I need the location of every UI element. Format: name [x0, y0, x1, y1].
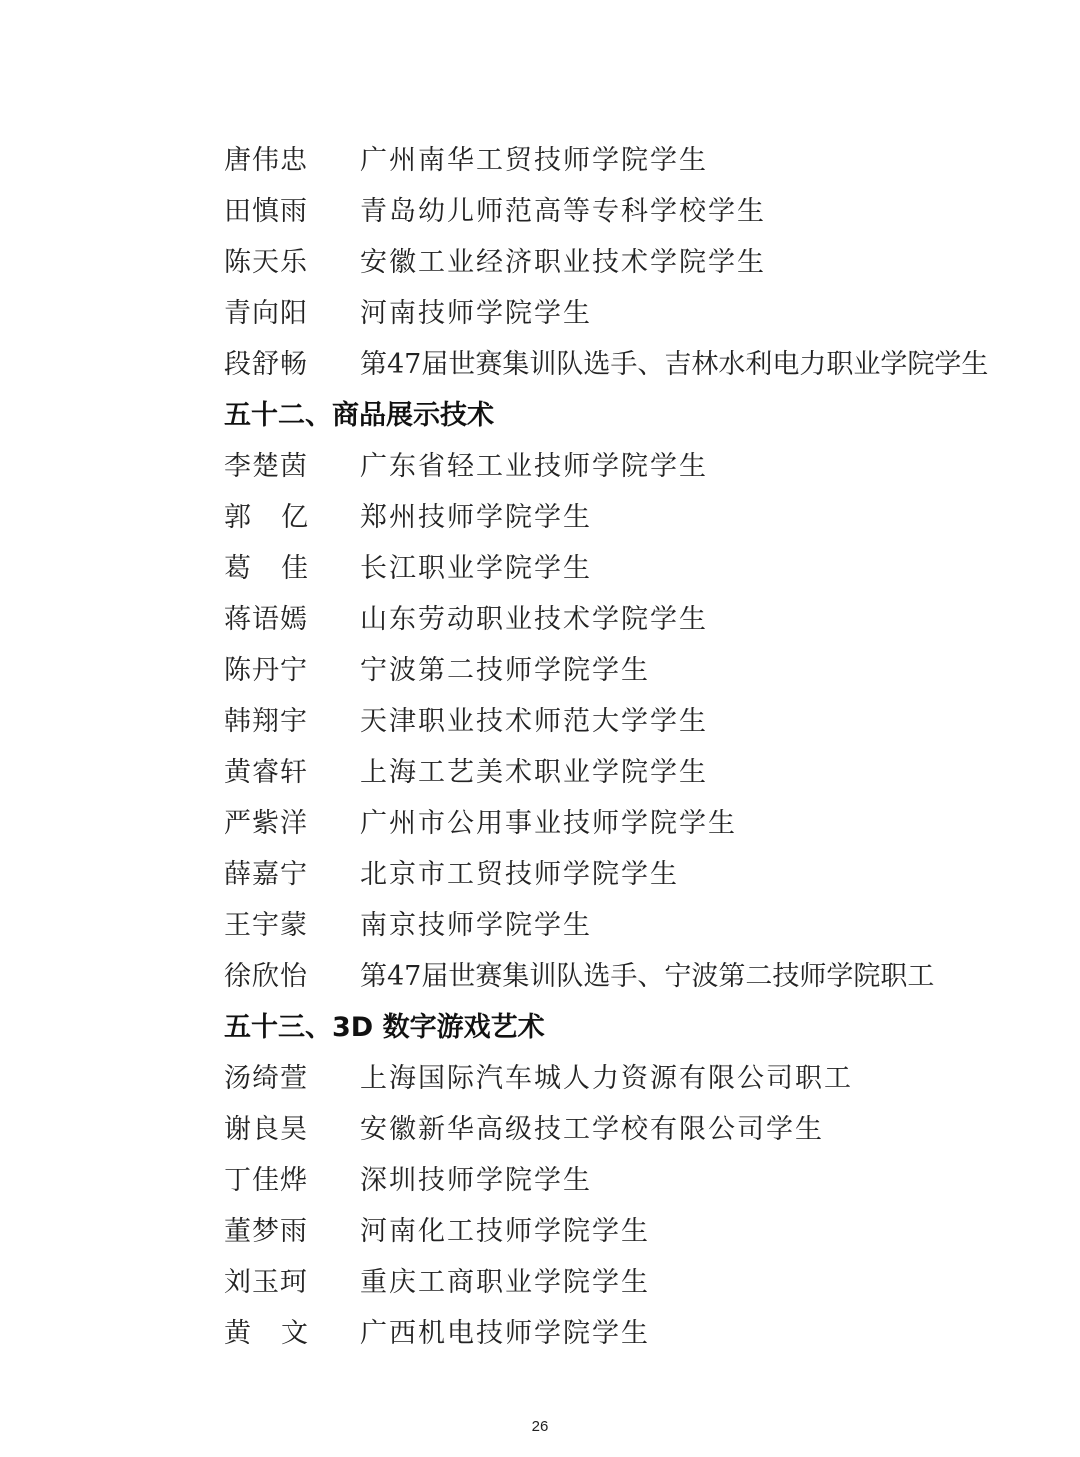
list-item: 蒋语嫣 山东劳动职业技术学院学生	[224, 594, 1004, 645]
person-name: 段舒畅	[224, 339, 360, 390]
list-item: 谢良昊 安徽新华高级技工学校有限公司学生	[224, 1104, 1004, 1155]
person-name: 黄文	[224, 1308, 360, 1359]
person-affiliation: 广西机电技师学院学生	[360, 1308, 650, 1359]
list-item: 陈天乐 安徽工业经济职业技术学院学生	[224, 237, 1004, 288]
person-affiliation: 青岛幼儿师范高等专科学校学生	[360, 186, 766, 237]
person-affiliation: 河南技师学院学生	[360, 288, 592, 339]
list-item: 徐欣怡 第47届世赛集训队选手、宁波第二技师学院职工	[224, 951, 1004, 1002]
person-affiliation: 南京技师学院学生	[360, 900, 592, 951]
list-item: 葛佳 长江职业学院学生	[224, 543, 1004, 594]
person-affiliation: 重庆工商职业学院学生	[360, 1257, 650, 1308]
person-affiliation: 长江职业学院学生	[360, 543, 592, 594]
person-affiliation: 北京市工贸技师学院学生	[360, 849, 679, 900]
document-page: 唐伟忠 广州南华工贸技师学院学生 田慎雨 青岛幼儿师范高等专科学校学生 陈天乐 …	[0, 0, 1080, 1457]
person-affiliation: 河南化工技师学院学生	[360, 1206, 650, 1257]
list-item: 汤绮萱 上海国际汽车城人力资源有限公司职工	[224, 1053, 1004, 1104]
name-list: 唐伟忠 广州南华工贸技师学院学生 田慎雨 青岛幼儿师范高等专科学校学生 陈天乐 …	[224, 135, 1004, 1359]
list-item: 郭亿 郑州技师学院学生	[224, 492, 1004, 543]
person-affiliation: 广州市公用事业技师学院学生	[360, 798, 737, 849]
person-name: 葛佳	[224, 543, 360, 594]
list-item: 董梦雨 河南化工技师学院学生	[224, 1206, 1004, 1257]
person-affiliation: 广东省轻工业技师学院学生	[360, 441, 708, 492]
person-name: 徐欣怡	[224, 951, 360, 1002]
person-name: 黄睿轩	[224, 747, 360, 798]
person-name: 蒋语嫣	[224, 594, 360, 645]
person-affiliation: 第47届世赛集训队选手、宁波第二技师学院职工	[360, 951, 934, 1002]
person-affiliation: 深圳技师学院学生	[360, 1155, 592, 1206]
list-item: 韩翔宇 天津职业技术师范大学学生	[224, 696, 1004, 747]
person-name: 田慎雨	[224, 186, 360, 237]
person-name: 唐伟忠	[224, 135, 360, 186]
person-name: 谢良昊	[224, 1104, 360, 1155]
person-affiliation: 第47届世赛集训队选手、吉林水利电力职业学院学生	[360, 339, 988, 390]
person-name: 陈天乐	[224, 237, 360, 288]
section-heading: 五十三、3D 数字游戏艺术	[224, 1002, 1004, 1053]
person-affiliation: 宁波第二技师学院学生	[360, 645, 650, 696]
list-item: 唐伟忠 广州南华工贸技师学院学生	[224, 135, 1004, 186]
person-name: 严紫洋	[224, 798, 360, 849]
person-name: 韩翔宇	[224, 696, 360, 747]
list-item: 陈丹宁 宁波第二技师学院学生	[224, 645, 1004, 696]
list-item: 青向阳 河南技师学院学生	[224, 288, 1004, 339]
list-item: 黄文 广西机电技师学院学生	[224, 1308, 1004, 1359]
person-name: 李楚茵	[224, 441, 360, 492]
person-affiliation: 上海国际汽车城人力资源有限公司职工	[360, 1053, 853, 1104]
list-item: 黄睿轩 上海工艺美术职业学院学生	[224, 747, 1004, 798]
person-affiliation: 上海工艺美术职业学院学生	[360, 747, 708, 798]
list-item: 刘玉珂 重庆工商职业学院学生	[224, 1257, 1004, 1308]
list-item: 田慎雨 青岛幼儿师范高等专科学校学生	[224, 186, 1004, 237]
person-name: 郭亿	[224, 492, 360, 543]
list-item: 丁佳烨 深圳技师学院学生	[224, 1155, 1004, 1206]
person-name: 刘玉珂	[224, 1257, 360, 1308]
person-affiliation: 山东劳动职业技术学院学生	[360, 594, 708, 645]
person-name: 汤绮萱	[224, 1053, 360, 1104]
person-affiliation: 郑州技师学院学生	[360, 492, 592, 543]
section-heading: 五十二、商品展示技术	[224, 390, 1004, 441]
person-name: 薛嘉宁	[224, 849, 360, 900]
page-number: 26	[0, 1418, 1080, 1435]
person-name: 董梦雨	[224, 1206, 360, 1257]
person-name: 青向阳	[224, 288, 360, 339]
list-item: 李楚茵 广东省轻工业技师学院学生	[224, 441, 1004, 492]
person-affiliation: 天津职业技术师范大学学生	[360, 696, 708, 747]
list-item: 段舒畅 第47届世赛集训队选手、吉林水利电力职业学院学生	[224, 339, 1004, 390]
person-affiliation: 安徽工业经济职业技术学院学生	[360, 237, 766, 288]
person-name: 陈丹宁	[224, 645, 360, 696]
list-item: 严紫洋 广州市公用事业技师学院学生	[224, 798, 1004, 849]
list-item: 王宇蒙 南京技师学院学生	[224, 900, 1004, 951]
list-item: 薛嘉宁 北京市工贸技师学院学生	[224, 849, 1004, 900]
person-name: 王宇蒙	[224, 900, 360, 951]
person-affiliation: 广州南华工贸技师学院学生	[360, 135, 708, 186]
person-name: 丁佳烨	[224, 1155, 360, 1206]
person-affiliation: 安徽新华高级技工学校有限公司学生	[360, 1104, 824, 1155]
